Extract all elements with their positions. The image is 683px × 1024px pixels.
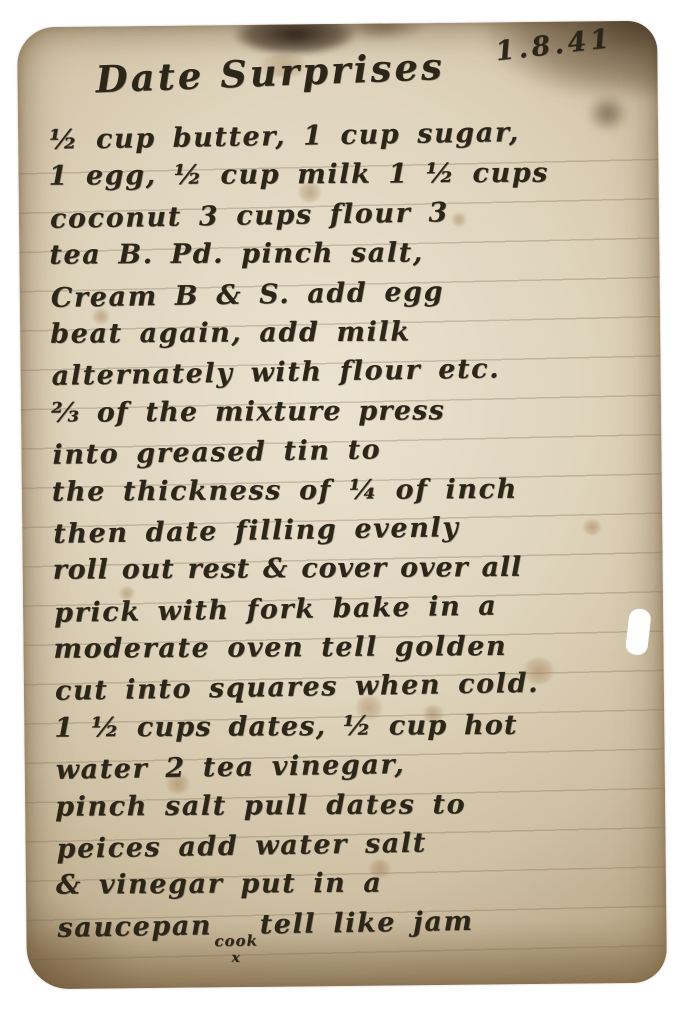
recipe-line: & vinegar put in a: [56, 862, 658, 905]
recipe-title: Date Surprises: [95, 44, 446, 101]
recipe-line: cut into squares when cold.: [55, 662, 658, 711]
recipe-line: prick with fork bake in a: [54, 584, 657, 633]
inserted-word-text: cook: [214, 933, 258, 949]
recipe-page: Date Surprises 1.8.41 ½ cup butter, 1 cu…: [17, 21, 667, 990]
last-line-after: tell like jam: [259, 906, 473, 941]
recipe-line: roll out rest & cover over all: [53, 547, 655, 590]
recipe-date: 1.8.41: [494, 23, 615, 67]
recipe-line: alternately with flour etc.: [51, 347, 654, 396]
insertion-caret: x: [231, 951, 241, 965]
recipe-body: ½ cup butter, 1 cup sugar, 1 egg, ½ cup …: [48, 113, 659, 946]
inserted-word-cook: cookx: [214, 933, 258, 965]
photo-background: Date Surprises 1.8.41 ½ cup butter, 1 cu…: [0, 0, 683, 1024]
recipe-line: 1 egg, ½ cup milk 1 ½ cups: [48, 153, 650, 196]
recipe-line: Cream B & S. add egg: [50, 268, 653, 317]
recipe-line-last: saucepancookxtell like jam: [57, 899, 660, 948]
recipe-line: water 2 tea vinegar,: [55, 741, 658, 790]
last-line-before: saucepan: [57, 910, 212, 944]
recipe-line: pinch salt pull dates to: [55, 784, 657, 827]
recipe-line: tea B. Pd. pinch salt,: [49, 232, 651, 275]
recipe-line: into greased tin to: [52, 426, 655, 475]
smudge-stain: [337, 21, 427, 42]
recipe-line: the thickness of ¼ of inch: [52, 469, 654, 512]
